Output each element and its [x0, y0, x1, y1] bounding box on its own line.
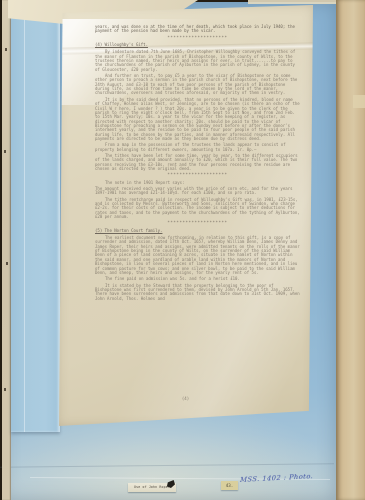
paragraph-4: From a map in the possession of the trus… — [95, 143, 300, 152]
binding-edge-band — [336, 0, 365, 500]
asterisk-separator: ******************** — [95, 36, 300, 40]
number-sticker: 43. — [221, 481, 238, 490]
photograph-of-album-page: years, and was done so at the time of he… — [0, 0, 365, 500]
album-left-edge-strip — [2, 0, 11, 500]
binding-edge-notch — [353, 95, 365, 108]
edge-speck — [4, 388, 6, 391]
paragraph-8: The earliest document now forthcoming, i… — [95, 236, 300, 275]
asterisk-separator: ******************** — [95, 173, 300, 177]
page-number: (4) — [58, 397, 313, 401]
note-intro-line: The note in the 1901 Report says: — [95, 181, 300, 185]
paragraph-5: The tithes have been let for some time, … — [95, 154, 300, 171]
intro-paragraph: years, and was done so at the time of he… — [95, 25, 300, 34]
paragraph-2: And further on trust, to pay £5 a year t… — [95, 74, 300, 96]
asterisk-separator: ******************** — [95, 221, 300, 225]
paragraph-9: The fine paid on admission was 5s. and f… — [95, 277, 300, 281]
paragraph-1: By indenture dated 7th June 1685, Christ… — [95, 50, 300, 72]
paragraph-10: It is stated by the Steward that the pro… — [95, 284, 300, 301]
note-body: The amount received each year varies wit… — [95, 187, 300, 196]
typewritten-document-page: years, and was done so at the time of he… — [58, 5, 313, 426]
top-edge-paper-strip — [248, 0, 336, 4]
edge-speck — [6, 262, 8, 265]
edge-speck — [5, 48, 7, 51]
typescript-text-block: years, and was done so at the time of he… — [95, 25, 300, 303]
tissue-guard-strip — [11, 0, 60, 432]
section-heading-5: (5) The Norton Court family. — [95, 229, 300, 233]
section-heading-4: (4) Willoughby's Gift. — [95, 43, 300, 47]
paragraph-3: It is by the said deed provided, that no… — [95, 98, 300, 141]
edge-speck — [4, 150, 6, 153]
paragraph-7: The tithe rentcharge paid in respect of … — [95, 198, 300, 220]
